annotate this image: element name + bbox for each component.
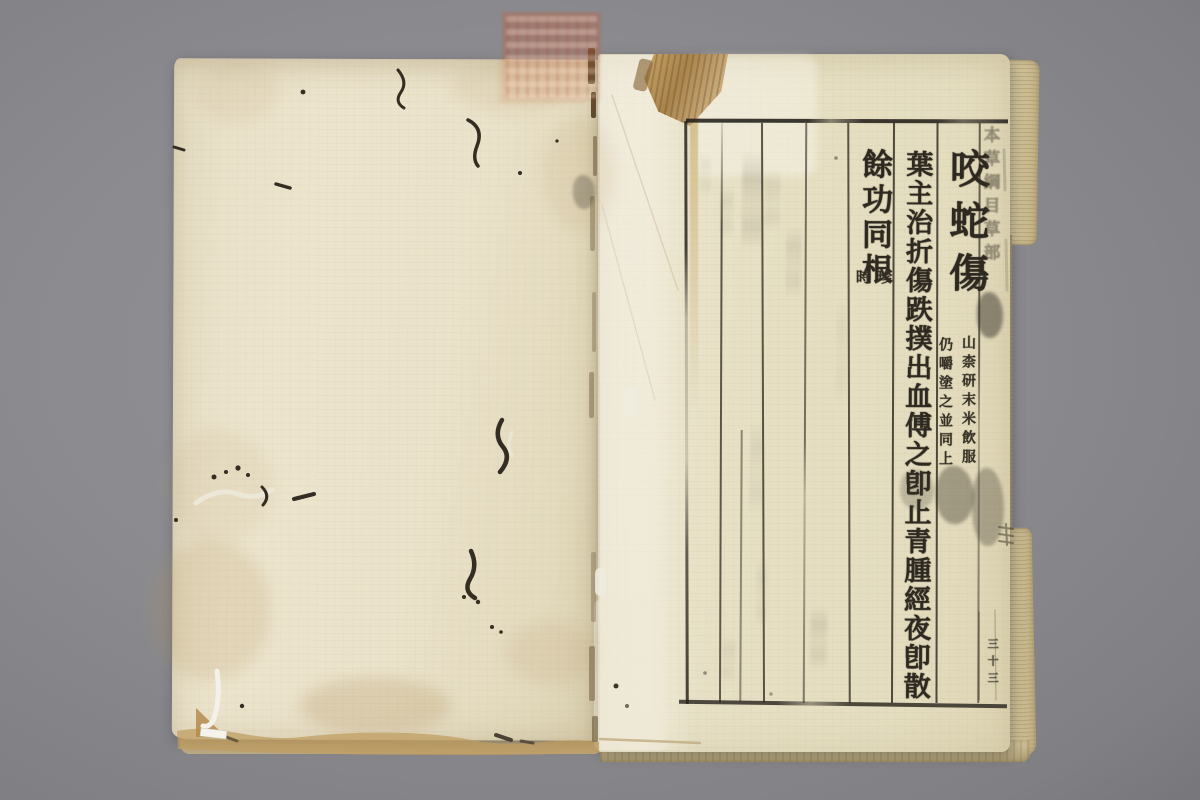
left-page-torn-bottom-edge: [177, 729, 599, 755]
fold-edge-partial-print: [979, 150, 1013, 700]
red-seal-impression: [502, 12, 601, 102]
gutter-details: [595, 95, 838, 743]
corner-damage-and-sticker: [196, 671, 227, 739]
photograph-scene: 咬蛇傷 山柰研末米飲服 仍嚼塗之並同上 葉主治折傷跌撲出血傅之卽止青腫經夜卽散 …: [0, 0, 1200, 800]
damage-marks-overlay: [0, 0, 1200, 800]
spine-glue-remnants: [588, 48, 598, 742]
ink-marks-left-page: [174, 70, 559, 708]
seal-text-rows: [506, 16, 597, 98]
